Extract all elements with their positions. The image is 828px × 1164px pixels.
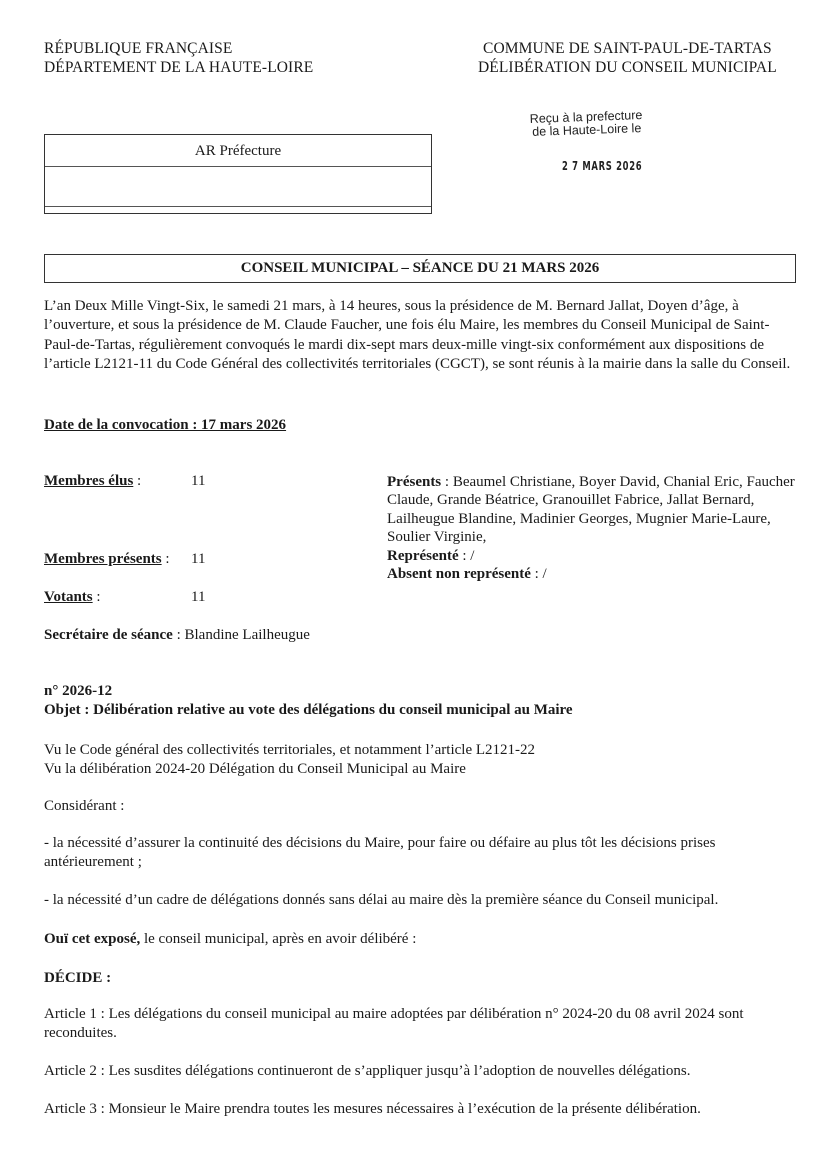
ar-box-divider xyxy=(45,206,431,207)
stat-label: Membres élus xyxy=(44,473,133,489)
stat-separator: : xyxy=(93,589,101,605)
oui-bold: Ouï cet exposé, xyxy=(44,931,140,947)
consideration-item: - la nécessité d’un cadre de délégations… xyxy=(44,891,796,910)
presents-label: Présents xyxy=(387,474,441,490)
stamp-line: de la Haute-Loire le xyxy=(530,122,643,139)
consideration-item: - la nécessité d’assurer la continuité d… xyxy=(44,834,796,872)
stamp-date: 2 7 MARS 2026 xyxy=(562,159,642,173)
article-2: Article 2 : Les susdites délégations con… xyxy=(44,1062,796,1081)
stat-separator: : xyxy=(162,551,170,567)
absent: Absent non représenté : / xyxy=(387,565,807,583)
presents-names: : Beaumel Christiane, Boyer David, Chani… xyxy=(387,474,795,545)
ar-prefecture-box: AR Préfecture xyxy=(44,134,432,214)
represented-value: : / xyxy=(459,548,475,564)
represented-label: Représenté xyxy=(387,548,459,564)
header-right: COMMUNE DE SAINT-PAUL-DE-TARTAS DÉLIBÉRA… xyxy=(478,39,777,77)
ar-box-divider xyxy=(45,166,431,167)
stat-separator: : xyxy=(133,473,141,489)
presents-list: Présents : Beaumel Christiane, Boyer Dav… xyxy=(387,473,807,547)
absent-value: : / xyxy=(531,566,547,582)
stat-value: 11 xyxy=(191,551,205,568)
session-title: CONSEIL MUNICIPAL – SÉANCE DU 21 MARS 20… xyxy=(44,254,796,283)
reception-stamp: Reçu à la prefecture de la Haute-Loire l… xyxy=(530,109,643,139)
republic-label: RÉPUBLIQUE FRANÇAISE xyxy=(44,39,313,58)
secretary-value: : Blandine Lailheugue xyxy=(173,627,310,643)
members-elected: Membres élus : 11 xyxy=(44,473,141,490)
department-label: DÉPARTEMENT DE LA HAUTE-LOIRE xyxy=(44,58,313,77)
decide-heading: DÉCIDE : xyxy=(44,969,796,988)
session-secretary: Secrétaire de séance : Blandine Lailheug… xyxy=(44,627,310,644)
oui-rest: le conseil municipal, après en avoir dél… xyxy=(140,931,416,947)
commune-label: COMMUNE DE SAINT-PAUL-DE-TARTAS xyxy=(478,39,777,58)
vu-references: Vu le Code général des collectivités ter… xyxy=(44,741,796,779)
absent-label: Absent non représenté xyxy=(387,566,531,582)
secretary-label: Secrétaire de séance xyxy=(44,627,173,643)
ar-prefecture-title: AR Préfecture xyxy=(45,143,431,160)
convocation-date: Date de la convocation : 17 mars 2026 xyxy=(44,417,286,434)
intro-paragraph: L’an Deux Mille Vingt-Six, le samedi 21 … xyxy=(44,297,794,375)
vu-line: Vu le Code général des collectivités ter… xyxy=(44,741,796,760)
attendance-block: Présents : Beaumel Christiane, Boyer Dav… xyxy=(387,473,807,583)
article-3: Article 3 : Monsieur le Maire prendra to… xyxy=(44,1100,796,1119)
deliberation-subject: Objet : Délibération relative au vote de… xyxy=(44,702,573,719)
stat-label: Votants xyxy=(44,589,93,605)
stat-value: 11 xyxy=(191,589,205,606)
header-left: RÉPUBLIQUE FRANÇAISE DÉPARTEMENT DE LA H… xyxy=(44,39,313,77)
considerant-heading: Considérant : xyxy=(44,797,796,816)
document-type-label: DÉLIBÉRATION DU CONSEIL MUNICIPAL xyxy=(478,58,777,77)
voters: Votants : 11 xyxy=(44,589,101,606)
stat-value: 11 xyxy=(191,473,205,490)
article-1: Article 1 : Les délégations du conseil m… xyxy=(44,1005,796,1043)
members-present: Membres présents : 11 xyxy=(44,551,170,568)
deliberation-number: n° 2026-12 xyxy=(44,683,112,700)
vu-line: Vu la délibération 2024-20 Délégation du… xyxy=(44,760,796,779)
represented: Représenté : / xyxy=(387,547,807,565)
oui-statement: Ouï cet exposé, le conseil municipal, ap… xyxy=(44,930,796,949)
stat-label: Membres présents xyxy=(44,551,162,567)
